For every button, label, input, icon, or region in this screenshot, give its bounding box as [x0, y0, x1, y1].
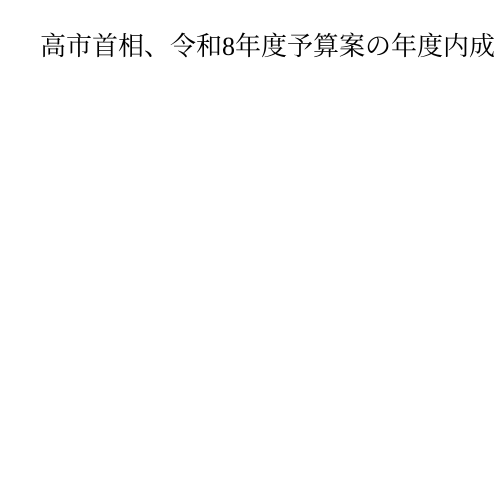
headline-text: 高市首相、令和8年度予算案の年度内成: [40, 33, 495, 62]
article-page: 高市首相、令和8年度予算案の年度内成: [0, 0, 500, 500]
